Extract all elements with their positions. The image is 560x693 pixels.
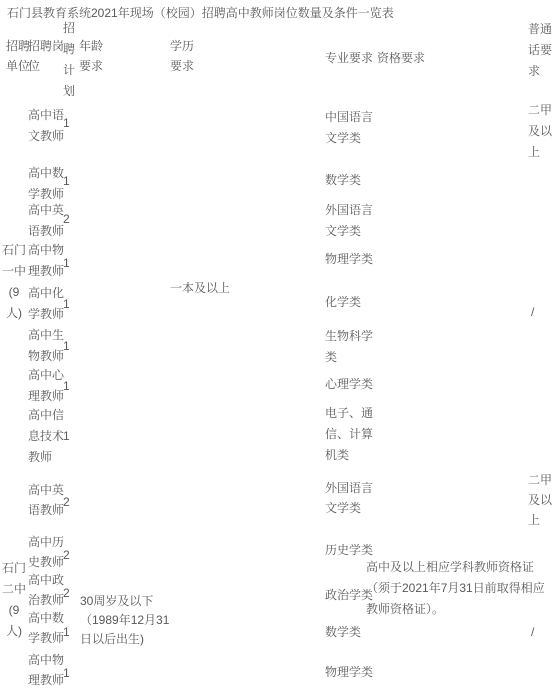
mandarin-cell-s2-others: / — [531, 622, 551, 643]
position-cell: 高中数学教师 — [28, 163, 66, 205]
header-mandarin: 普通话要求 — [528, 19, 553, 82]
major-cell: 化学类 — [325, 292, 373, 313]
major-cell: 电子、通信、计算机类 — [325, 403, 373, 466]
major-cell: 数学类 — [325, 622, 373, 643]
major-cell: 外国语言文学类 — [325, 200, 373, 242]
major-cell: 物理学类 — [325, 249, 373, 270]
mandarin-cell-s1-chinese: 二甲及以上 — [528, 100, 554, 163]
header-qualification: 资格要求 — [377, 48, 425, 68]
major-cell: 数学类 — [325, 170, 373, 191]
count-cell: 1 — [63, 622, 77, 643]
count-cell: 1 — [63, 663, 77, 684]
count-cell: 1 — [63, 294, 77, 315]
major-cell: 外国语言文学类 — [325, 478, 373, 518]
position-cell: 高中历史教师 — [28, 532, 66, 572]
count-cell: 2 — [63, 209, 77, 230]
major-cell: 历史学类 — [325, 540, 373, 561]
qualification-requirement-cell: 高中及以上相应学科教师资格证（须于2021年7月31日前取得相应教师资格证）。 — [366, 557, 548, 620]
header-major: 专业要求 — [325, 48, 373, 68]
position-cell: 高中物理教师 — [28, 650, 66, 690]
header-plan: 招聘计划 — [63, 18, 77, 102]
major-cell: 物理学类 — [325, 662, 373, 683]
header-education: 学历要求 — [170, 36, 196, 76]
position-cell: 高中化学教师 — [28, 283, 66, 325]
position-cell: 高中生物教师 — [28, 325, 66, 367]
position-cell: 高中政治教师 — [28, 570, 66, 610]
major-cell: 中国语言文学类 — [325, 107, 373, 149]
count-cell: 1 — [63, 171, 77, 192]
header-age: 年龄要求 — [79, 36, 105, 76]
unit-cell-school-1: 石门一中(9人) — [1, 240, 27, 324]
major-cell: 生物科学类 — [325, 326, 373, 368]
count-cell: 1 — [63, 336, 77, 357]
major-cell: 政治学类 — [325, 585, 373, 606]
unit-cell-school-2: 石门二中(9人) — [1, 558, 27, 642]
recruitment-table-page: 石门县教育系统2021年现场（校园）招聘高中教师岗位数量及条件一览表 招聘单位 … — [0, 0, 560, 693]
position-cell: 高中英语教师 — [28, 480, 66, 520]
count-cell: 1 — [63, 376, 77, 397]
count-cell: 2 — [63, 583, 77, 604]
mandarin-cell-s1-others: / — [531, 302, 551, 323]
count-cell: 2 — [63, 492, 77, 513]
header-position: 招聘岗位 — [28, 36, 68, 76]
count-cell: 1 — [63, 253, 77, 274]
position-cell: 高中信息技术教师 — [28, 405, 66, 468]
count-cell: 1 — [63, 113, 77, 134]
position-cell: 高中数学教师 — [28, 608, 66, 648]
position-cell: 高中心理教师 — [28, 365, 66, 407]
major-cell: 心理学类 — [325, 374, 373, 395]
mandarin-cell-s2-english: 二甲及以上 — [528, 470, 554, 530]
education-cell-school-1: 一本及以上 — [170, 278, 230, 299]
position-cell: 高中英语教师 — [28, 200, 66, 242]
age-requirement-cell: 30周岁及以下（1989年12月31日以后出生) — [80, 592, 172, 649]
position-cell: 高中语文教师 — [28, 105, 66, 147]
position-cell: 高中物理教师 — [28, 240, 66, 282]
count-cell: 2 — [63, 545, 77, 566]
count-cell: 1 — [63, 426, 77, 447]
